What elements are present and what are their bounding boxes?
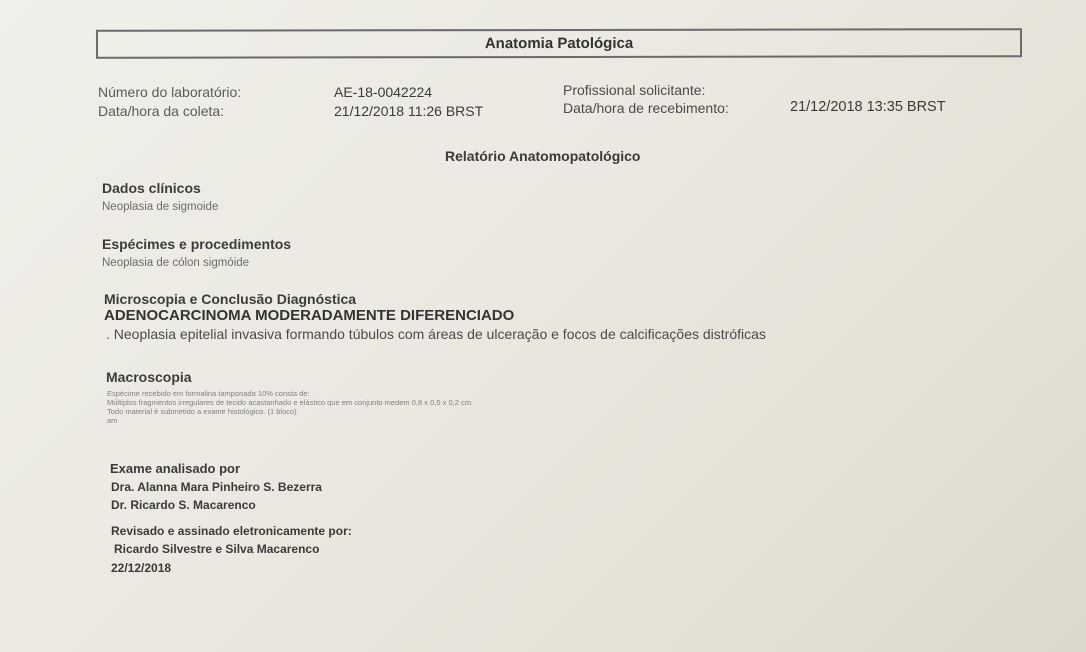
lab-number-value: AE-18-0042224 [334,84,432,100]
report-title: Relatório Anatomopatológico [445,148,640,164]
signature-date: 22/12/2018 [111,561,171,575]
specimens-text: Neoplasia de cólon sigmóide [102,257,249,269]
analyst-name: Dra. Alanna Mara Pinheiro S. Bezerra [111,480,322,494]
collection-datetime-value: 21/12/2018 11:26 BRST [334,103,483,119]
diagnosis-description: . Neoplasia epitelial invasiva formando … [106,326,766,342]
received-datetime-label: Data/hora de recebimento: [563,100,729,116]
collection-datetime-label: Data/hora da coleta: [98,103,224,119]
pathology-report-page: Anatomia Patológica Número do laboratóri… [0,0,1086,652]
received-datetime-value: 21/12/2018 13:35 BRST [790,99,946,115]
clinical-data-text: Neoplasia de sigmoide [102,201,218,213]
microscopy-heading: Microscopia e Conclusão Diagnóstica [104,291,356,307]
analyst-name: Dr. Ricardo S. Macarenco [111,498,256,512]
macroscopy-line: Todo material é submetido a exame histol… [107,407,297,416]
macroscopy-line: am [107,416,117,425]
macroscopy-line: Múltiplos fragmentos irregulares de teci… [107,398,473,407]
macroscopy-line: Espécime recebido em formalina tamponada… [107,389,310,398]
diagnosis: ADENOCARCINOMA MODERADAMENTE DIFERENCIAD… [104,307,514,324]
macroscopy-heading: Macroscopia [106,369,192,385]
header-title: Anatomia Patológica [485,35,633,52]
header-title-box: Anatomia Patológica [96,28,1022,59]
specimens-heading: Espécimes e procedimentos [102,236,291,252]
signer-name: Ricardo Silvestre e Silva Macarenco [114,542,319,556]
lab-number-label: Número do laboratório: [98,84,241,100]
clinical-data-heading: Dados clínicos [102,180,201,196]
signed-by-heading: Revisado e assinado eletronicamente por: [111,524,352,538]
requester-label: Profissional solicitante: [563,82,705,98]
analyzed-by-heading: Exame analisado por [110,461,240,476]
